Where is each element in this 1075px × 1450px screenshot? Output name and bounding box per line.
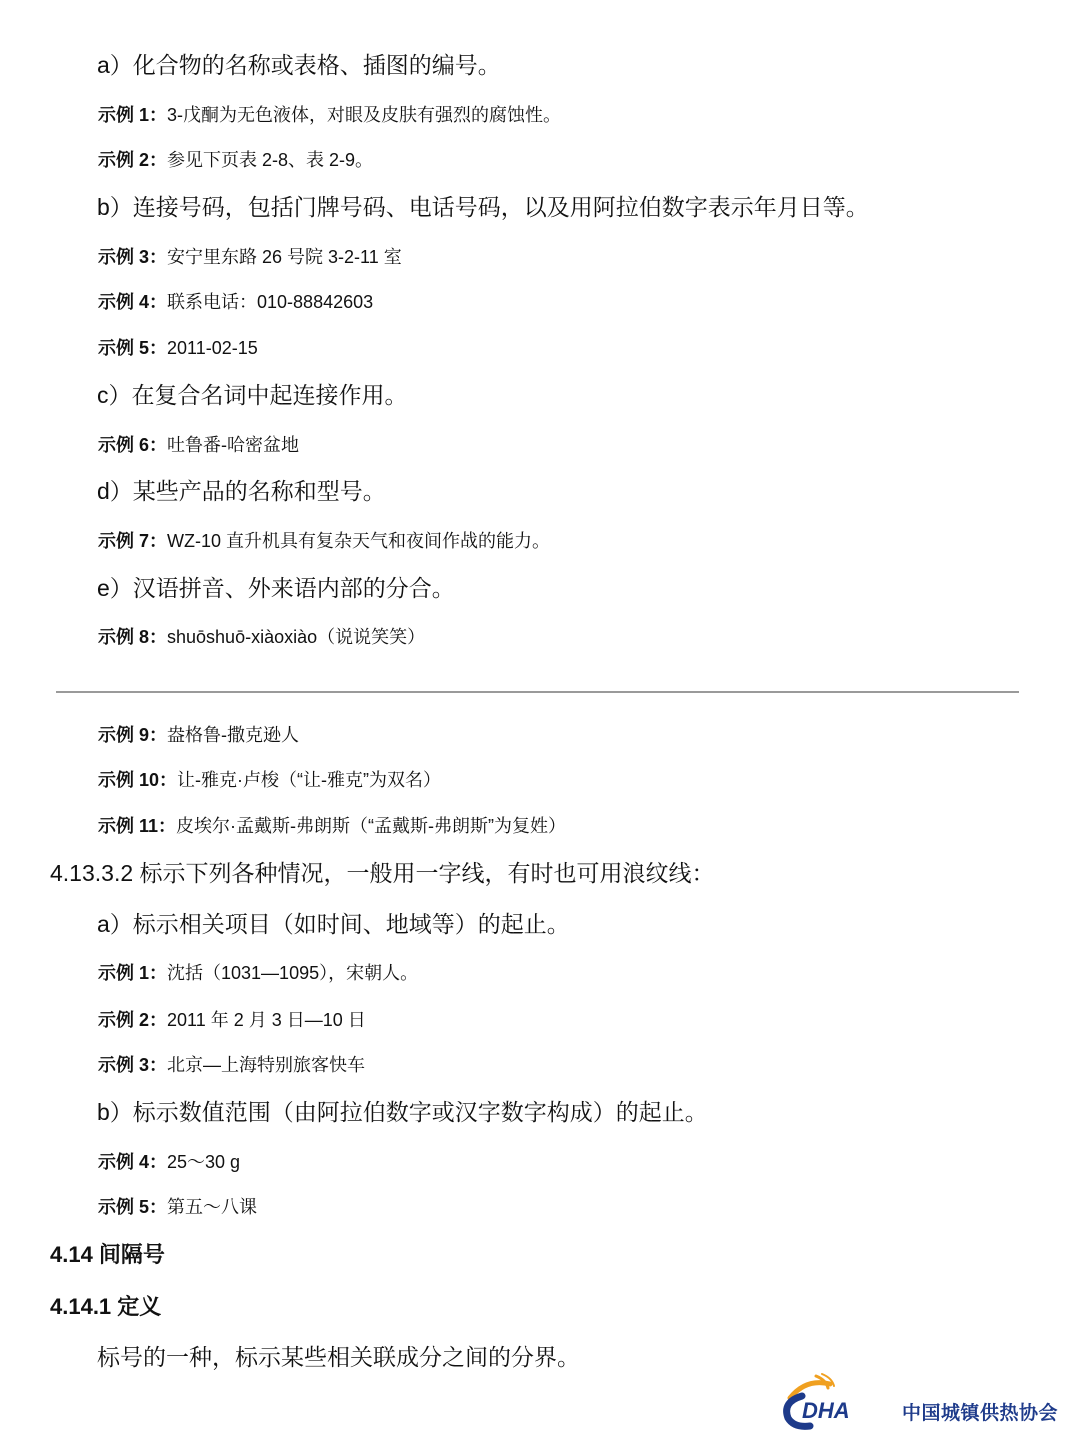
example-label: 示例 3： — [98, 247, 167, 267]
clause-4-13-3-2-title: 4.13.3.2 标示下列各种情况，一般用一字线，有时也可用浪纹线： — [50, 862, 715, 885]
example-label: 示例 10： — [98, 770, 177, 790]
example-10: 示例 10：让-雅克·卢梭（“让-雅克”为双名） — [98, 771, 441, 789]
example-8: 示例 8：shuōshuō-xiàoxiào（说说笑笑） — [98, 628, 425, 646]
clause-example-4: 示例 4：25～30 g — [98, 1153, 240, 1171]
example-label: 示例 2： — [98, 1010, 167, 1030]
item-marker: e） — [97, 575, 133, 601]
item-marker: b） — [97, 1099, 133, 1125]
example-7: 示例 7：WZ-10 直升机具有复杂天气和夜间作战的能力。 — [98, 532, 550, 550]
example-3: 示例 3：安宁里东路 26 号院 3-2-11 室 — [98, 248, 402, 266]
clause-item-b: b）标示数值范围（由阿拉伯数字或汉字数字构成）的起止。 — [97, 1101, 708, 1124]
item-text: 某些产品的名称和型号。 — [133, 478, 386, 504]
example-text: 吐鲁番-哈密盆地 — [167, 435, 299, 455]
list-item-d: d）某些产品的名称和型号。 — [97, 480, 386, 503]
example-text: 2011-02-15 — [167, 338, 258, 358]
clause-example-1: 示例 1：沈括（1031—1095），宋朝人。 — [98, 964, 418, 982]
example-2: 示例 2：参见下页表 2-8、表 2-9。 — [98, 151, 373, 169]
example-5: 示例 5：2011-02-15 — [98, 339, 258, 357]
clause-example-3: 示例 3：北京—上海特别旅客快车 — [98, 1056, 365, 1074]
clause-example-5: 示例 5：第五～八课 — [98, 1198, 257, 1216]
section-heading-4-14: 4.14 间隔号 — [50, 1244, 165, 1266]
example-label: 示例 11： — [98, 816, 176, 836]
example-text: 3-戊酮为无色液体，对眼及皮肤有强烈的腐蚀性。 — [167, 105, 561, 125]
example-text: 安宁里东路 26 号院 3-2-11 室 — [167, 247, 402, 267]
example-label: 示例 5： — [98, 1197, 167, 1217]
list-item-e: e）汉语拼音、外来语内部的分合。 — [97, 577, 455, 600]
item-marker: b） — [97, 194, 133, 220]
example-label: 示例 1： — [98, 963, 167, 983]
example-text: 盎格鲁-撒克逊人 — [167, 725, 299, 745]
dha-logo-icon: DHA — [780, 1372, 890, 1432]
org-name: 中国城镇供热协会 — [902, 1398, 1058, 1425]
example-1: 示例 1：3-戊酮为无色液体，对眼及皮肤有强烈的腐蚀性。 — [98, 106, 561, 124]
item-text: 化合物的名称或表格、插图的编号。 — [133, 52, 501, 78]
example-text: 皮埃尔·孟戴斯-弗朗斯（“孟戴斯-弗朗斯”为复姓） — [176, 816, 566, 836]
list-item-c: c）在复合名词中起连接作用。 — [97, 384, 408, 407]
list-item-b: b）连接号码，包括门牌号码、电话号码，以及用阿拉伯数字表示年月日等。 — [97, 196, 869, 219]
svg-text:DHA: DHA — [802, 1398, 850, 1423]
item-text: 汉语拼音、外来语内部的分合。 — [133, 575, 455, 601]
example-text: 25～30 g — [167, 1152, 240, 1172]
definition-paragraph: 标号的一种，标示某些相关联成分之间的分界。 — [97, 1346, 580, 1369]
item-marker: c） — [97, 382, 132, 408]
list-item-a: a）化合物的名称或表格、插图的编号。 — [97, 54, 501, 77]
example-label: 示例 1： — [98, 105, 167, 125]
item-marker: a） — [97, 911, 133, 937]
example-11: 示例 11：皮埃尔·孟戴斯-弗朗斯（“孟戴斯-弗朗斯”为复姓） — [98, 817, 566, 835]
example-text: 北京—上海特别旅客快车 — [167, 1055, 365, 1075]
footer-logo: DHA 中国城镇供热协会 — [780, 1372, 1060, 1432]
item-text: 连接号码，包括门牌号码、电话号码，以及用阿拉伯数字表示年月日等。 — [133, 194, 869, 220]
example-label: 示例 8： — [98, 627, 167, 647]
item-text: 标示相关项目（如时间、地域等）的起止。 — [133, 911, 570, 937]
example-text: shuōshuō-xiàoxiào（说说笑笑） — [167, 627, 425, 647]
section-subheading-4-14-1: 4.14.1 定义 — [50, 1296, 161, 1318]
item-marker: a） — [97, 52, 133, 78]
example-text: WZ-10 直升机具有复杂天气和夜间作战的能力。 — [167, 531, 550, 551]
example-label: 示例 4： — [98, 292, 167, 312]
example-text: 联系电话：010-88842603 — [167, 292, 373, 312]
example-label: 示例 2： — [98, 150, 167, 170]
example-label: 示例 4： — [98, 1152, 167, 1172]
example-label: 示例 6： — [98, 435, 167, 455]
example-text: 沈括（1031—1095），宋朝人。 — [167, 963, 418, 983]
example-9: 示例 9：盎格鲁-撒克逊人 — [98, 726, 299, 744]
example-label: 示例 5： — [98, 338, 167, 358]
clause-example-2: 示例 2：2011 年 2 月 3 日—10 日 — [98, 1011, 366, 1029]
example-text: 参见下页表 2-8、表 2-9。 — [167, 150, 373, 170]
example-text: 第五～八课 — [167, 1197, 257, 1217]
page-divider — [56, 691, 1019, 693]
item-text: 在复合名词中起连接作用。 — [132, 382, 408, 408]
example-label: 示例 3： — [98, 1055, 167, 1075]
clause-item-a: a）标示相关项目（如时间、地域等）的起止。 — [97, 913, 570, 936]
example-6: 示例 6：吐鲁番-哈密盆地 — [98, 436, 299, 454]
example-text: 2011 年 2 月 3 日—10 日 — [167, 1010, 366, 1030]
example-text: 让-雅克·卢梭（“让-雅克”为双名） — [177, 770, 441, 790]
item-marker: d） — [97, 478, 133, 504]
example-label: 示例 9： — [98, 725, 167, 745]
item-text: 标示数值范围（由阿拉伯数字或汉字数字构成）的起止。 — [133, 1099, 708, 1125]
example-4: 示例 4：联系电话：010-88842603 — [98, 293, 373, 311]
example-label: 示例 7： — [98, 531, 167, 551]
